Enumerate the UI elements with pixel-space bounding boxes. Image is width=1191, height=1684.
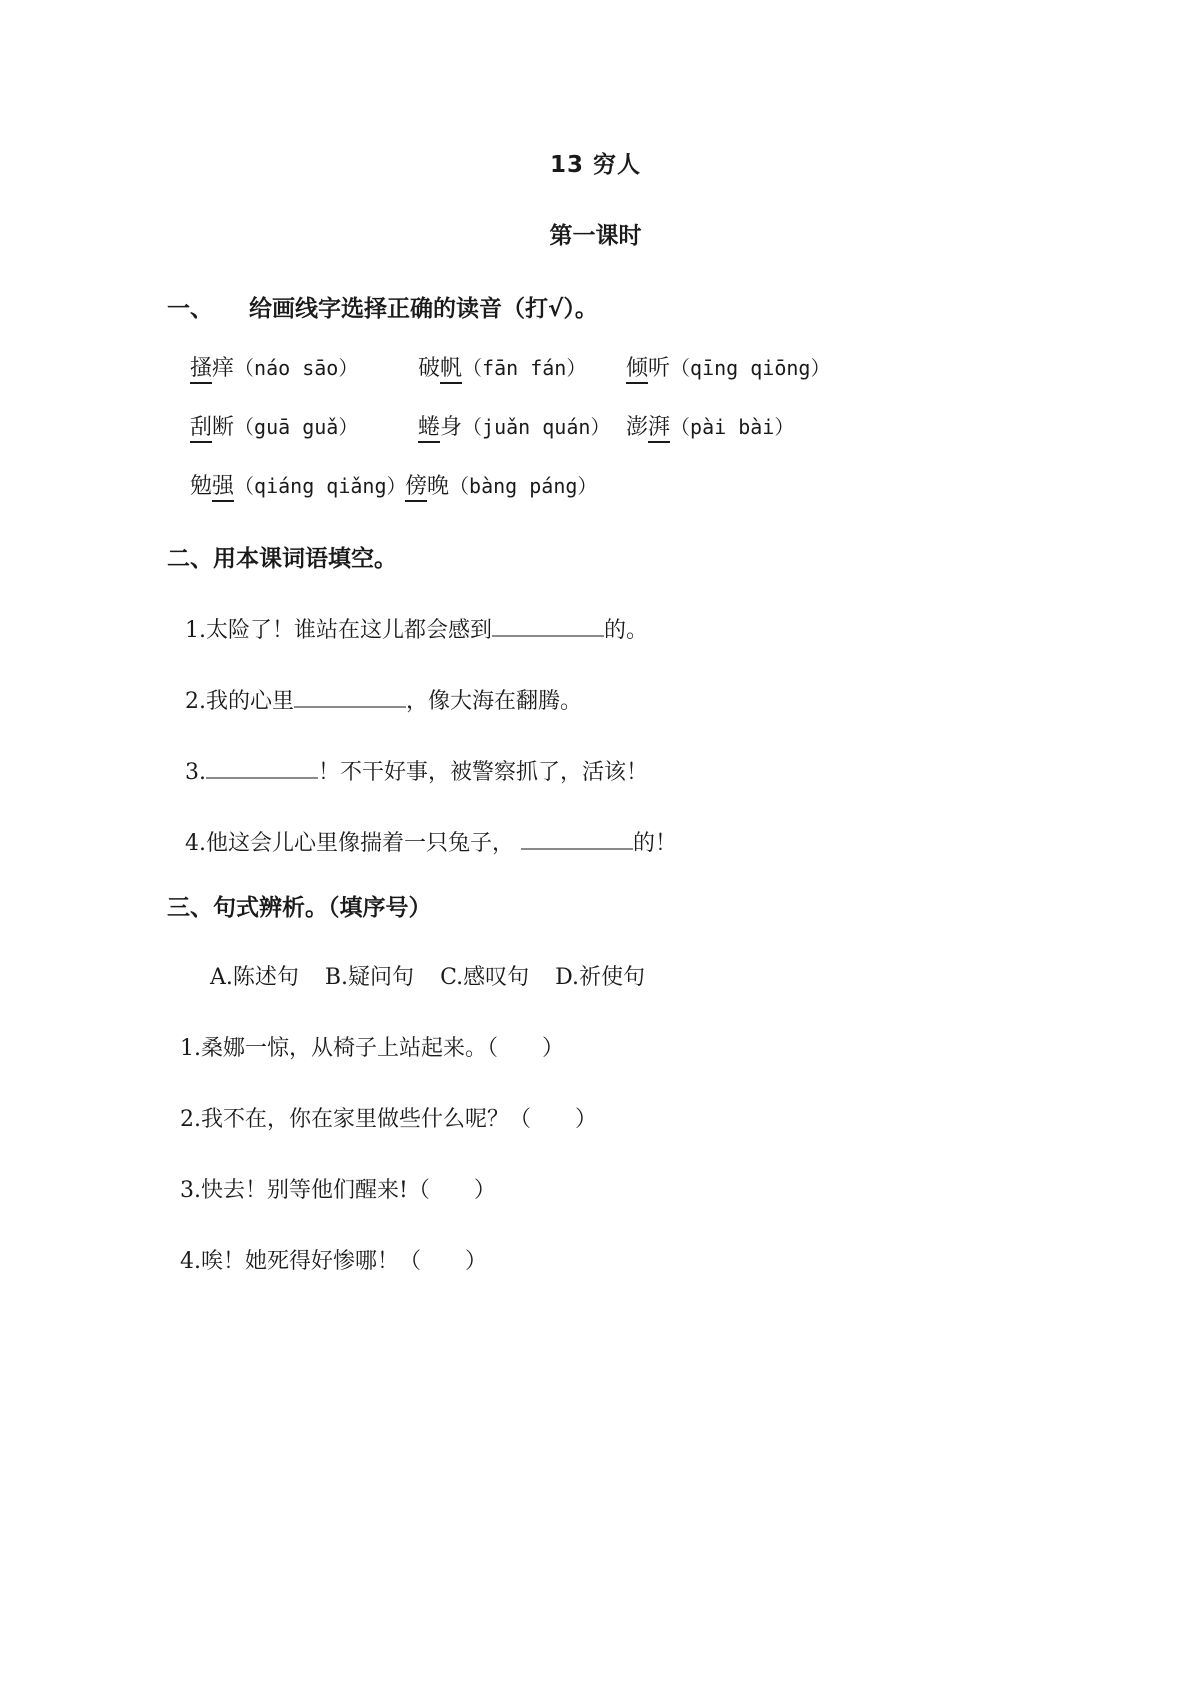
section-2-heading: 二、用本课词语填空。 xyxy=(167,540,1191,573)
fill-item-text: 的！ xyxy=(633,831,677,856)
underlined-char: 傍 xyxy=(405,474,427,502)
pinyin-row-2: 刮断（guā guǎ） 蜷身（juǎn quán） 澎湃（pài bài） xyxy=(190,410,1191,441)
pinyin-text: （fān fán） xyxy=(462,356,586,380)
sentence-type-options: A.陈述句 B.疑问句 C.感叹句 D.祈使句 xyxy=(210,960,1191,991)
fill-item-3: 3.！不干好事，被警察抓了，活该！ xyxy=(185,755,1191,786)
word-text: 晚 xyxy=(427,474,449,499)
word-item: 傍晚（bàng páng） xyxy=(405,469,597,500)
word-text: 破 xyxy=(418,356,440,381)
underlined-char: 蜷 xyxy=(418,415,440,443)
fill-item-4: 4.他这会儿心里像揣着一只兔子， 的！ xyxy=(185,826,1191,857)
fill-item-text: 2.我的心里 xyxy=(185,689,294,714)
option-a: A.陈述句 xyxy=(210,960,299,991)
word-text: 痒 xyxy=(212,356,234,381)
pinyin-text: （juǎn quán） xyxy=(462,415,610,439)
fill-item-text: 的。 xyxy=(604,618,648,643)
underlined-char: 帆 xyxy=(440,356,462,384)
word-text: 勉 xyxy=(190,474,212,499)
sentence-item-4: 4.唉！她死得好惨哪！（ ） xyxy=(180,1244,1191,1275)
pinyin-text: （bàng páng） xyxy=(449,474,597,498)
sentence-item-1: 1.桑娜一惊，从椅子上站起来。（ ） xyxy=(180,1031,1191,1062)
word-item: 澎湃（pài bài） xyxy=(626,410,794,441)
word-text: 断 xyxy=(212,415,234,440)
sentence-item-3: 3.快去！别等他们醒来!（ ） xyxy=(180,1173,1191,1204)
section-3-heading: 三、句式辨析。（填序号） xyxy=(167,889,1191,922)
page-title: 13 穷人 xyxy=(0,0,1191,179)
sentence-item-2: 2.我不在，你在家里做些什么呢？（ ） xyxy=(180,1102,1191,1133)
underlined-char: 刮 xyxy=(190,415,212,443)
fill-item-text: 4.他这会儿心里像揣着一只兔子， xyxy=(185,831,521,856)
word-text: 听 xyxy=(648,356,670,381)
underlined-char: 搔 xyxy=(190,356,212,384)
pinyin-row-1: 搔痒（náo sāo） 破帆（fān fán） 倾听（qīng qiōng） xyxy=(190,351,1191,382)
word-item: 蜷身（juǎn quán） xyxy=(418,410,626,441)
word-item: 刮断（guā guǎ） xyxy=(190,410,418,441)
word-item: 破帆（fān fán） xyxy=(418,351,626,382)
pinyin-text: （qīng qiōng） xyxy=(670,356,830,380)
section-1-number: 一、 xyxy=(167,296,213,322)
pinyin-text: （qiáng qiǎng） xyxy=(234,474,406,498)
pinyin-text: （náo sāo） xyxy=(234,356,358,380)
blank-line xyxy=(521,828,633,850)
word-item: 倾听（qīng qiōng） xyxy=(626,351,830,382)
pinyin-text: （pài bài） xyxy=(670,415,794,439)
fill-item-1: 1.太险了！谁站在这儿都会感到的。 xyxy=(185,613,1191,644)
word-text: 澎 xyxy=(626,415,648,440)
fill-item-text: 3. xyxy=(185,760,206,785)
fill-item-text: 1.太险了！谁站在这儿都会感到 xyxy=(185,618,492,643)
section-1-heading-text: 给画线字选择正确的读音（打√）。 xyxy=(249,296,598,322)
option-c: C.感叹句 xyxy=(440,960,529,991)
page-subtitle: 第一课时 xyxy=(0,217,1191,250)
option-d: D.祈使句 xyxy=(555,960,645,991)
section-1-heading: 一、给画线字选择正确的读音（打√）。 xyxy=(167,290,1191,323)
word-item: 勉强（qiáng qiǎng） xyxy=(190,469,405,500)
pinyin-row-3: 勉强（qiáng qiǎng） 傍晚（bàng páng） xyxy=(190,469,1191,500)
blank-line xyxy=(492,615,604,637)
underlined-char: 湃 xyxy=(648,415,670,443)
word-item: 搔痒（náo sāo） xyxy=(190,351,418,382)
fill-item-text: ，像大海在翻腾。 xyxy=(406,689,582,714)
option-b: B.疑问句 xyxy=(325,960,414,991)
blank-line xyxy=(206,757,318,779)
pinyin-text: （guā guǎ） xyxy=(234,415,358,439)
underlined-char: 强 xyxy=(212,474,234,502)
worksheet-page: 13 穷人 第一课时 一、给画线字选择正确的读音（打√）。 搔痒（náo sāo… xyxy=(0,0,1191,1684)
underlined-char: 倾 xyxy=(626,356,648,384)
fill-item-2: 2.我的心里，像大海在翻腾。 xyxy=(185,684,1191,715)
blank-line xyxy=(294,686,406,708)
word-text: 身 xyxy=(440,415,462,440)
fill-item-text: ！不干好事，被警察抓了，活该！ xyxy=(318,760,648,785)
